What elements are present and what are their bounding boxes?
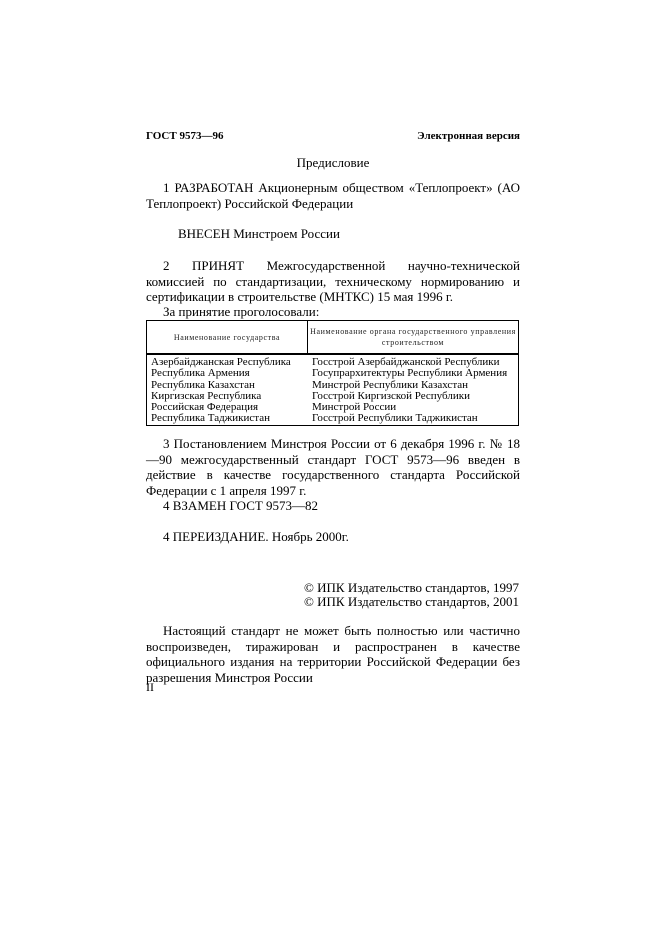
copyright-line: © ИПК Издательство стандартов, 2001 xyxy=(304,595,520,609)
header-state: Наименование государства xyxy=(147,321,308,353)
authority-name: Госупрархитектуры Республики Армения xyxy=(312,368,507,379)
paragraph-introduced: ВНЕСЕН Минстроем России xyxy=(146,226,520,242)
table-header: Наименование государства Наименование ор… xyxy=(147,321,518,355)
table-row: Республика ТаджикистанГосстрой Республик… xyxy=(147,413,518,424)
header-authority: Наименование органа государственного упр… xyxy=(308,321,518,353)
state-name: Республика Армения xyxy=(151,368,250,379)
paragraph-notice: Настоящий стандарт не может быть полност… xyxy=(146,623,520,685)
table-body: Азербайджанская РеспубликаГосстрой Азерб… xyxy=(147,357,518,425)
state-name: Республика Таджикистан xyxy=(151,413,270,424)
version-label: Электронная версия xyxy=(417,129,520,143)
section-title: Предисловие xyxy=(146,155,520,171)
paragraph-decree: 3 Постановлением Минстроя России от 6 де… xyxy=(146,436,520,498)
paragraph-reissue: 4 ПЕРЕИЗДАНИЕ. Ноябрь 2000г. xyxy=(146,529,520,545)
table-row: Республика АрменияГосупрархитектуры Респ… xyxy=(147,368,518,379)
page-number: II xyxy=(146,680,154,694)
paragraph-developed: 1 РАЗРАБОТАН Акционерным обществом «Тепл… xyxy=(146,180,520,211)
paragraph-adopted: 2 ПРИНЯТ Межгосударственной научно-техни… xyxy=(146,258,520,305)
paragraph-voted: За принятие проголосовали: xyxy=(146,304,520,320)
voting-table: Наименование государства Наименование ор… xyxy=(146,320,519,426)
authority-name: Госстрой Республики Таджикистан xyxy=(312,413,478,424)
copyright-line: © ИПК Издательство стандартов, 1997 xyxy=(304,581,520,595)
copyright-block: © ИПК Издательство стандартов, 1997 © ИП… xyxy=(304,581,520,609)
standard-code: ГОСТ 9573—96 xyxy=(146,129,223,143)
paragraph-replaces: 4 ВЗАМЕН ГОСТ 9573—82 xyxy=(146,498,520,514)
